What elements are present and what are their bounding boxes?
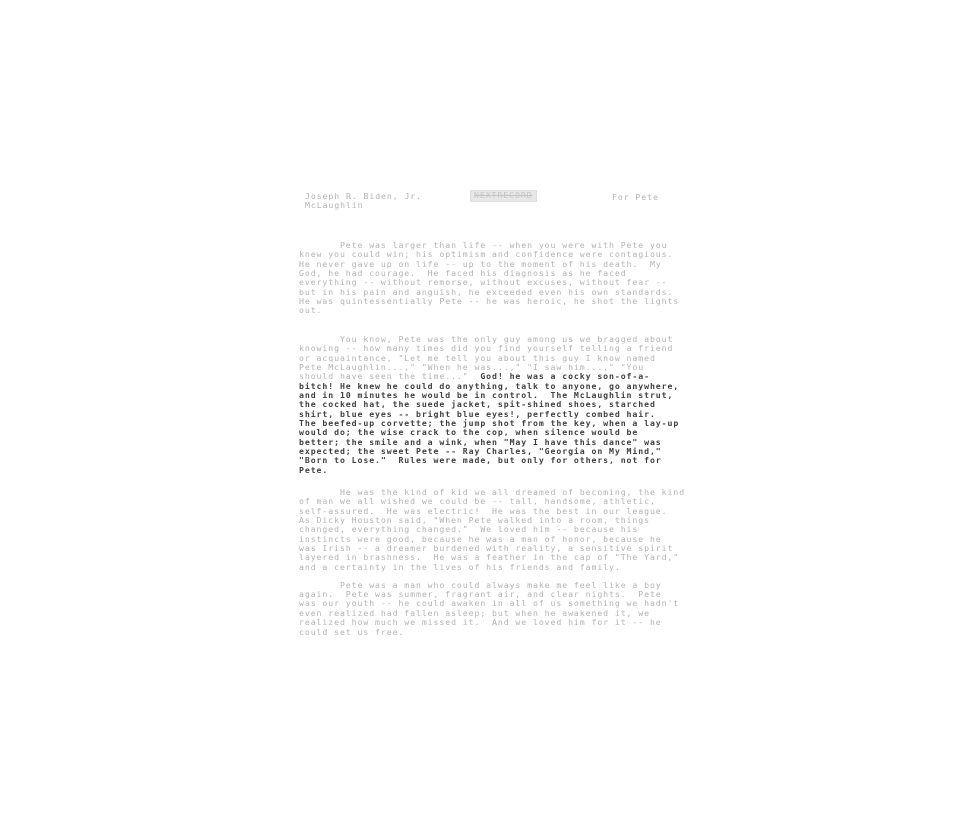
document-line: He was quintessentially Pete -- he was h…: [299, 297, 719, 306]
document-line: Pete.: [299, 466, 719, 475]
document-body: Pete was larger than life -- when you we…: [299, 241, 719, 637]
document-header: Joseph R. Biden, Jr. NEXTRECORD For Pete…: [299, 192, 719, 212]
document-page: Joseph R. Biden, Jr. NEXTRECORD For Pete…: [0, 0, 980, 824]
bold-text-segment: Pete.: [299, 465, 328, 475]
text-segment: out.: [299, 305, 322, 315]
author-name-wrapped: McLaughlin: [305, 201, 364, 210]
bold-text-segment: "Born to Lose." Rules were made, but onl…: [299, 455, 662, 465]
text-segment: could set us free.: [299, 627, 404, 637]
paragraph: Pete was a man who could always make me …: [299, 581, 719, 637]
document-line: and a certainty in the lives of his frie…: [299, 563, 719, 572]
document-line: could set us free.: [299, 628, 719, 637]
next-record-marker: NEXTRECORD: [470, 190, 537, 202]
document-title: For Pete: [612, 193, 659, 202]
paragraph: He was the kind of kid we all dreamed of…: [299, 488, 719, 572]
text-segment: He was quintessentially Pete -- he was h…: [299, 296, 679, 306]
document-line: "Born to Lose." Rules were made, but onl…: [299, 456, 719, 465]
text-segment: and a certainty in the lives of his frie…: [299, 562, 621, 572]
document-line: out.: [299, 306, 719, 315]
paragraph: Pete was larger than life -- when you we…: [299, 241, 719, 316]
paragraph: You know, Pete was the only guy among us…: [299, 335, 719, 475]
